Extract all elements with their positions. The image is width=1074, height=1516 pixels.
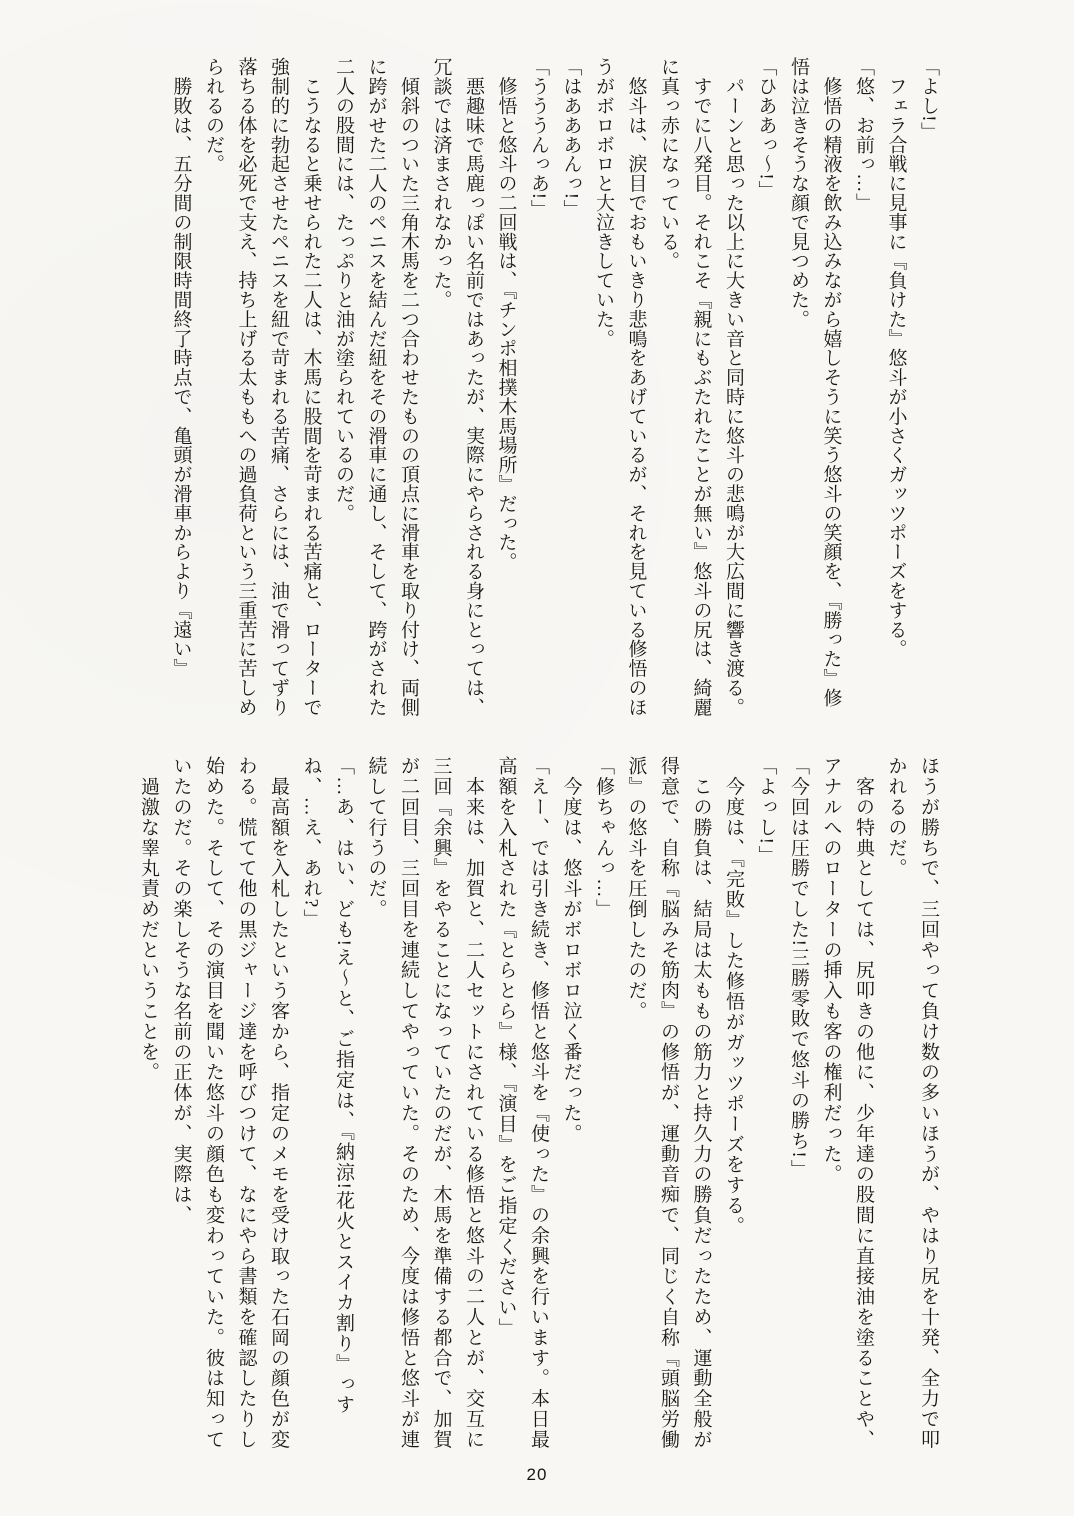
text-column: 落ちる体を必死で支え、持ち上げる太ももへの過負荷という三重苦に苦しめ xyxy=(229,57,262,715)
text-column: 「ひああっ〜!」 xyxy=(749,57,782,715)
text-column: 悪趣味で馬鹿っぽい名前ではあったが、実際にやらされる身にとっては、 xyxy=(457,57,490,715)
text-column: 冗談では済まされなかった。 xyxy=(424,57,457,715)
text-column: 「はあああんっ!」 xyxy=(554,57,587,715)
text-column: 「修ちゃんっ…」 xyxy=(587,756,620,1462)
text-block-bottom: ほうが勝ちで、三回やって負け数の多いほうが、やはり尻を十発、全力で叩かれるのだ。… xyxy=(132,756,945,1462)
text-column: アナルへのローターの挿入も客の権利だった。 xyxy=(814,756,847,1462)
text-column: 本来は、加賀と、二人セットにされている修悟と悠斗の二人とが、交互に xyxy=(457,756,490,1462)
text-column: 今度は、悠斗がボロボロ泣く番だった。 xyxy=(554,756,587,1462)
text-column: この勝負は、結局は太ももの筋力と持久力の勝負だったため、運動全般が xyxy=(684,756,717,1462)
text-block-top: 「よし!」 フェラ合戦に見事に『負けた』悠斗が小さくガッツポーズをする。「悠、お… xyxy=(164,57,944,715)
text-column: に真っ赤になっている。 xyxy=(652,57,685,715)
text-column: 勝敗は、五分間の制限時間終了時点で、亀頭が滑車からより『遠い』 xyxy=(164,57,197,715)
text-column: 派』の悠斗を圧倒したのだ。 xyxy=(619,756,652,1462)
text-column: フェラ合戦に見事に『負けた』悠斗が小さくガッツポーズをする。 xyxy=(879,57,912,715)
text-column: 始めた。そして、その演目を聞いた悠斗の顔色も変わっていた。彼は知って xyxy=(197,756,230,1462)
text-column: に跨がせた二人のペニスを結んだ紐をその滑車に通し、そして、跨がされた xyxy=(359,57,392,715)
text-column: 傾斜のついた三角木馬を二つ合わせたものの頂点に滑車を取り付け、両側 xyxy=(392,57,425,715)
text-column: 修悟の精液を飲み込みながら嬉しそうに笑う悠斗の笑顔を、『勝った』修 xyxy=(814,57,847,715)
scanned-novel-page: 「よし!」 フェラ合戦に見事に『負けた』悠斗が小さくガッツポーズをする。「悠、お… xyxy=(0,0,1074,1516)
text-column: 悟は泣きそうな顔で見つめた。 xyxy=(782,57,815,715)
page-number: 20 xyxy=(0,1465,1074,1485)
text-column: パーンと思った以上に大きい音と同時に悠斗の悲鳴が大広間に響き渡る。 xyxy=(717,57,750,715)
text-column: こうなると乗せられた二人は、木馬に股間を苛まれる苦痛と、ローターで xyxy=(294,57,327,715)
text-column: 過激な睾丸責めだということを。 xyxy=(132,756,165,1462)
text-column: 「うううんっあ!」 xyxy=(522,57,555,715)
text-column: うがボロボロと大泣きしていた。 xyxy=(587,57,620,715)
text-column: 最高額を入札したという客から、指定のメモを受け取った石岡の顔色が変 xyxy=(262,756,295,1462)
text-column: 二人の股間には、たっぷりと油が塗られているのだ。 xyxy=(327,57,360,715)
text-column: 得意で、自称『脳みそ筋肉』の修悟が、運動音痴で、同じく自称『頭脳労働 xyxy=(652,756,685,1462)
text-column: すでに八発目。それこそ『親にもぶたれたことが無い』悠斗の尻は、綺麗 xyxy=(684,57,717,715)
text-column: られるのだ。 xyxy=(197,57,230,715)
text-column: が二回目、三回目を連続してやっていた。そのため、今度は修悟と悠斗が連 xyxy=(392,756,425,1462)
text-column: 「悠、お前っ…」 xyxy=(847,57,880,715)
text-column: 悠斗は、涙目でおもいきり悲鳴をあげているが、それを見ている修悟のほ xyxy=(619,57,652,715)
text-column: 今度は、『完敗』した修悟がガッツポーズをする。 xyxy=(717,756,750,1462)
text-column: わる。慌てて他の黒ジャージ達を呼びつけて、なにやら書類を確認したりし xyxy=(229,756,262,1462)
text-column: 強制的に勃起させたペニスを紐で苛まれる苦痛、さらには、油で滑ってずり xyxy=(262,57,295,715)
text-column: かれるのだ。 xyxy=(879,756,912,1462)
text-column: 「よし!」 xyxy=(912,57,945,715)
text-column: 修悟と悠斗の二回戦は、『チンポ相撲木馬場所』だった。 xyxy=(489,57,522,715)
text-column: 客の特典としては、尻叩きの他に、少年達の股間に直接油を塗ることや、 xyxy=(847,756,880,1462)
text-column: ね、…え、あれ?」 xyxy=(294,756,327,1462)
text-column: 三回『余興』をやることになっていたのだが、木馬を準備する都合で、加賀 xyxy=(424,756,457,1462)
text-column: 高額を入札された『とらとら』様、『演目』をご指定ください」 xyxy=(489,756,522,1462)
text-column: ほうが勝ちで、三回やって負け数の多いほうが、やはり尻を十発、全力で叩 xyxy=(912,756,945,1462)
text-column: いたのだ。その楽しそうな名前の正体が、実際は、 xyxy=(164,756,197,1462)
text-column: 「今回は圧勝でした!三勝零敗で悠斗の勝ち!」 xyxy=(782,756,815,1462)
text-column: 「えー、では引き続き、修悟と悠斗を『使った』の余興を行います。本日最 xyxy=(522,756,555,1462)
text-column: 続して行うのだ。 xyxy=(359,756,392,1462)
text-column: 「…あ、はい、ども!え〜と、ご指定は、『納涼!花火とスイカ割り』っす xyxy=(327,756,360,1462)
text-column: 「よっし!」 xyxy=(749,756,782,1462)
